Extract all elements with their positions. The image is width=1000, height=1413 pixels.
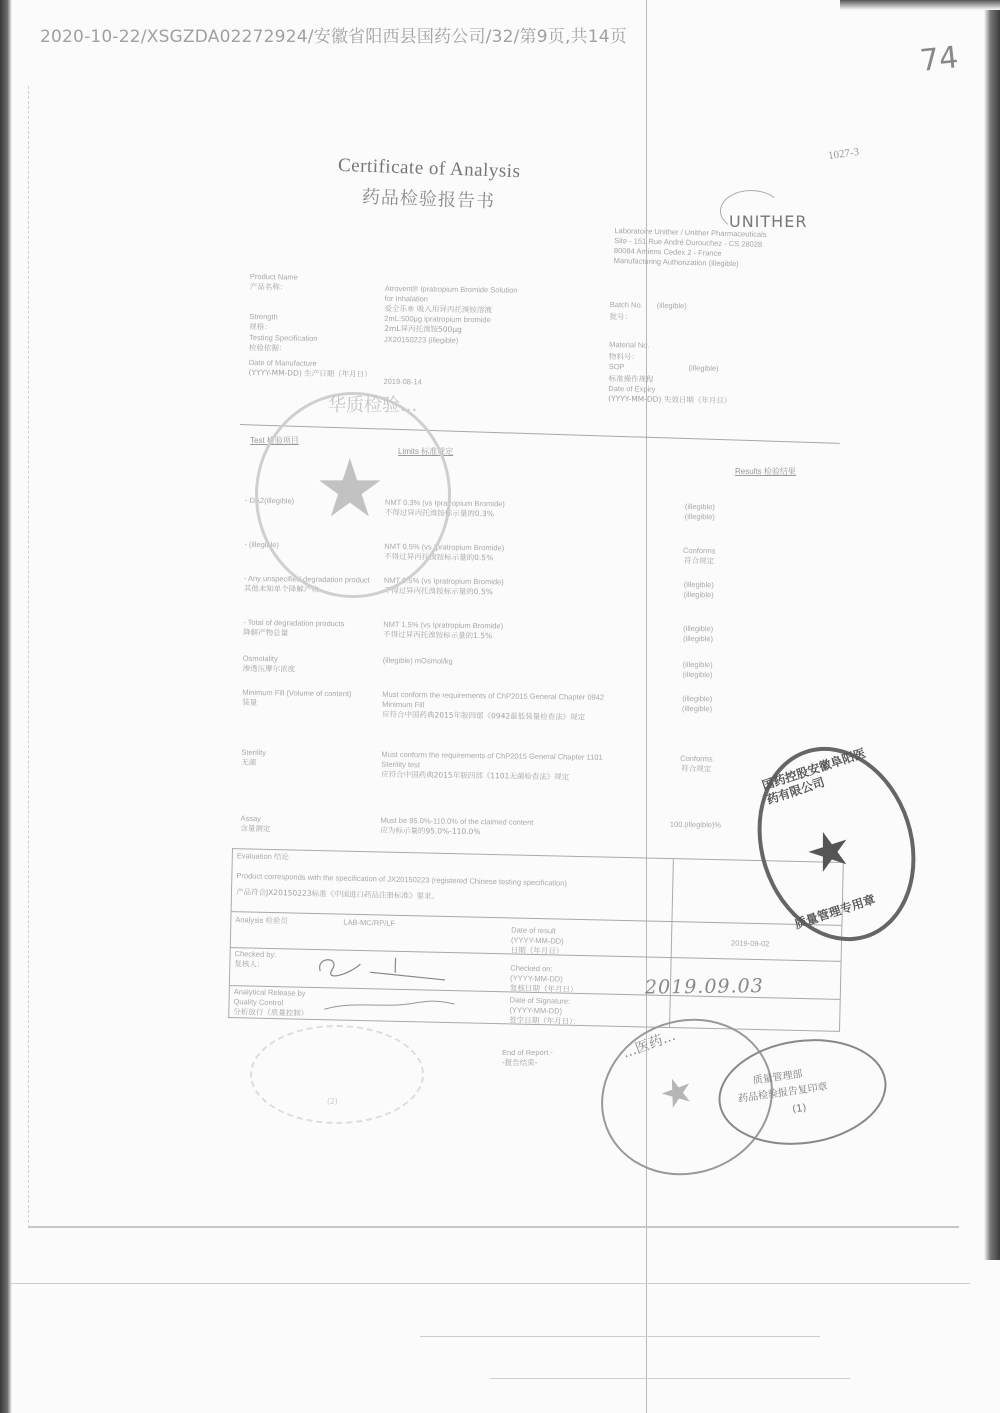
test-limit-line: 不得过异丙托溴铵标示量的0.5% (384, 586, 504, 598)
test-limit: Must conform the requirements of ChP2015… (381, 750, 603, 783)
star-icon: ★ (314, 450, 386, 530)
test-result: (illegible)(illegible) (662, 694, 732, 715)
evaluation-signoff-box: Evaluation 结论 Product corresponds with t… (228, 848, 844, 1032)
test-limit-line: (illegible) mOsmol/kg (383, 656, 453, 667)
column-divider (669, 859, 674, 1027)
checker-signature (310, 951, 451, 984)
field-label: Batch No. (610, 300, 643, 310)
evaluation-text-en: Product corresponds with the specificati… (236, 871, 567, 888)
logo-text: UNITHER (729, 212, 807, 231)
test-limit: (illegible) mOsmol/kg (383, 656, 453, 667)
date-of-signature-label: 签字日期（年月日）： (509, 1015, 580, 1027)
company-address: Laboratoire Unither / Unither Pharmaceut… (614, 226, 767, 270)
test-result: Conforms符合规定 (661, 754, 731, 775)
star-icon: ★ (653, 1066, 700, 1120)
stamp-text: 质量管理专用章 (792, 890, 877, 932)
row-divider (232, 911, 842, 926)
test-result-line: (illegible) (665, 512, 735, 523)
faded-round-stamp: ★ 华质检验... (255, 392, 451, 598)
test-name: - Total of degradation products降解产物总量 (243, 618, 344, 639)
test-limit: Must be 95.0%-110.0% of the claimed cont… (380, 816, 533, 838)
archive-stamp: 2020-10-22/XSGZDA02272924/安徽省阳西县国药公司/32/… (40, 22, 627, 47)
field-label: Material No. (609, 340, 650, 350)
field-value: (illegible) (688, 363, 718, 373)
star-icon: ★ (798, 816, 861, 887)
test-limit-line: 不得过异丙托溴铵标示量的1.5% (383, 630, 503, 642)
stamp-text: 药品检验报告复印章 (738, 1083, 829, 1105)
field-label: 规格： (249, 322, 369, 334)
end-of-report: End of Report - -报告结束- (502, 1048, 553, 1068)
date-of-result-value: 2019-09-02 (731, 938, 770, 949)
test-name: Sterility无菌 (241, 748, 266, 768)
scan-edge-right (984, 0, 1000, 1260)
field-label: 检验依据： (249, 343, 369, 355)
analysis-value: LAB-MC/RP/LF (343, 918, 395, 929)
test-name-line: Assay (240, 814, 270, 824)
test-result-line: (illegible) (664, 590, 734, 601)
analysis-label: Analysis 检验员 (235, 915, 288, 926)
handwritten-page-number: 74 (918, 40, 960, 79)
test-result-line: 100.(illegible)% (660, 820, 730, 831)
test-result-line: (illegible) (662, 704, 732, 715)
test-result: (illegible)(illegible) (664, 580, 734, 601)
field-label: (YYYY-MM-DD) 生产日期（年月日） (249, 368, 369, 380)
checked-by-label: 复核人： (234, 959, 276, 970)
faded-oval-stamp: (2) (250, 1025, 424, 1124)
test-name-line: 渗透压摩尔浓度 (243, 664, 296, 675)
scan-artifact-line (10, 1283, 970, 1284)
test-limit: Must conform the requirements of ChP2015… (382, 690, 604, 723)
column-header-results: Results 检验结果 (735, 466, 796, 477)
stamp-text: (2) (327, 1097, 338, 1107)
end-of-report-en: End of Report - (502, 1048, 553, 1058)
certificate-title-cn: 药品检验报告书 (362, 183, 496, 214)
scan-artifact-line (490, 1378, 850, 1379)
scan-artifact-line (420, 1336, 820, 1337)
test-name-line: 装量 (242, 698, 351, 710)
test-name: Osmolality渗透压摩尔浓度 (243, 654, 296, 675)
test-result-line: 符合规定 (664, 556, 734, 567)
test-result: (illegible)(illegible) (663, 624, 733, 645)
test-name-line: Sterility (241, 748, 266, 758)
scan-edge-top (840, 0, 1000, 10)
test-name-line: 无菌 (241, 758, 266, 768)
stamp-text: (1) (792, 1104, 807, 1116)
test-result: (illegible)(illegible) (663, 660, 733, 681)
release-label: 分析放行（质量控制） (233, 1007, 308, 1019)
stamp-text: 质量管理部 (752, 1070, 803, 1087)
field-label: 产品名称： (250, 282, 370, 294)
test-result-line: (illegible) (663, 670, 733, 681)
test-name-line: Minimum Fill (Volume of content) (242, 688, 351, 700)
test-name-line: 含量测定 (240, 824, 270, 834)
test-result-line: 符合规定 (661, 764, 731, 775)
release-signature (319, 991, 460, 1020)
test-result: Conforms符合规定 (664, 546, 734, 567)
test-name-line: 降解产物总量 (243, 628, 344, 639)
test-name: Minimum Fill (Volume of content)装量 (242, 688, 351, 710)
stamp-text: 华质检验... (328, 401, 417, 411)
scan-edge-left (0, 0, 12, 1413)
evaluation-label: Evaluation 结论 (237, 851, 289, 862)
end-of-report-cn: -报告结束- (502, 1058, 553, 1068)
evaluation-text-cn: 产品符合JX20150223标准《中国进口药品注册标准》要求。 (236, 887, 439, 902)
test-limit: NMT 1.5% (vs Ipratropium Bromide)不得过异丙托溴… (383, 620, 503, 642)
test-result: 100.(illegible)% (660, 820, 730, 831)
field-label: SOP (609, 362, 625, 371)
test-result: (illegible)(illegible) (665, 502, 735, 523)
test-result-line: (illegible) (663, 634, 733, 645)
test-name: Assay含量测定 (240, 814, 270, 834)
field-value: (illegible) (657, 301, 687, 311)
